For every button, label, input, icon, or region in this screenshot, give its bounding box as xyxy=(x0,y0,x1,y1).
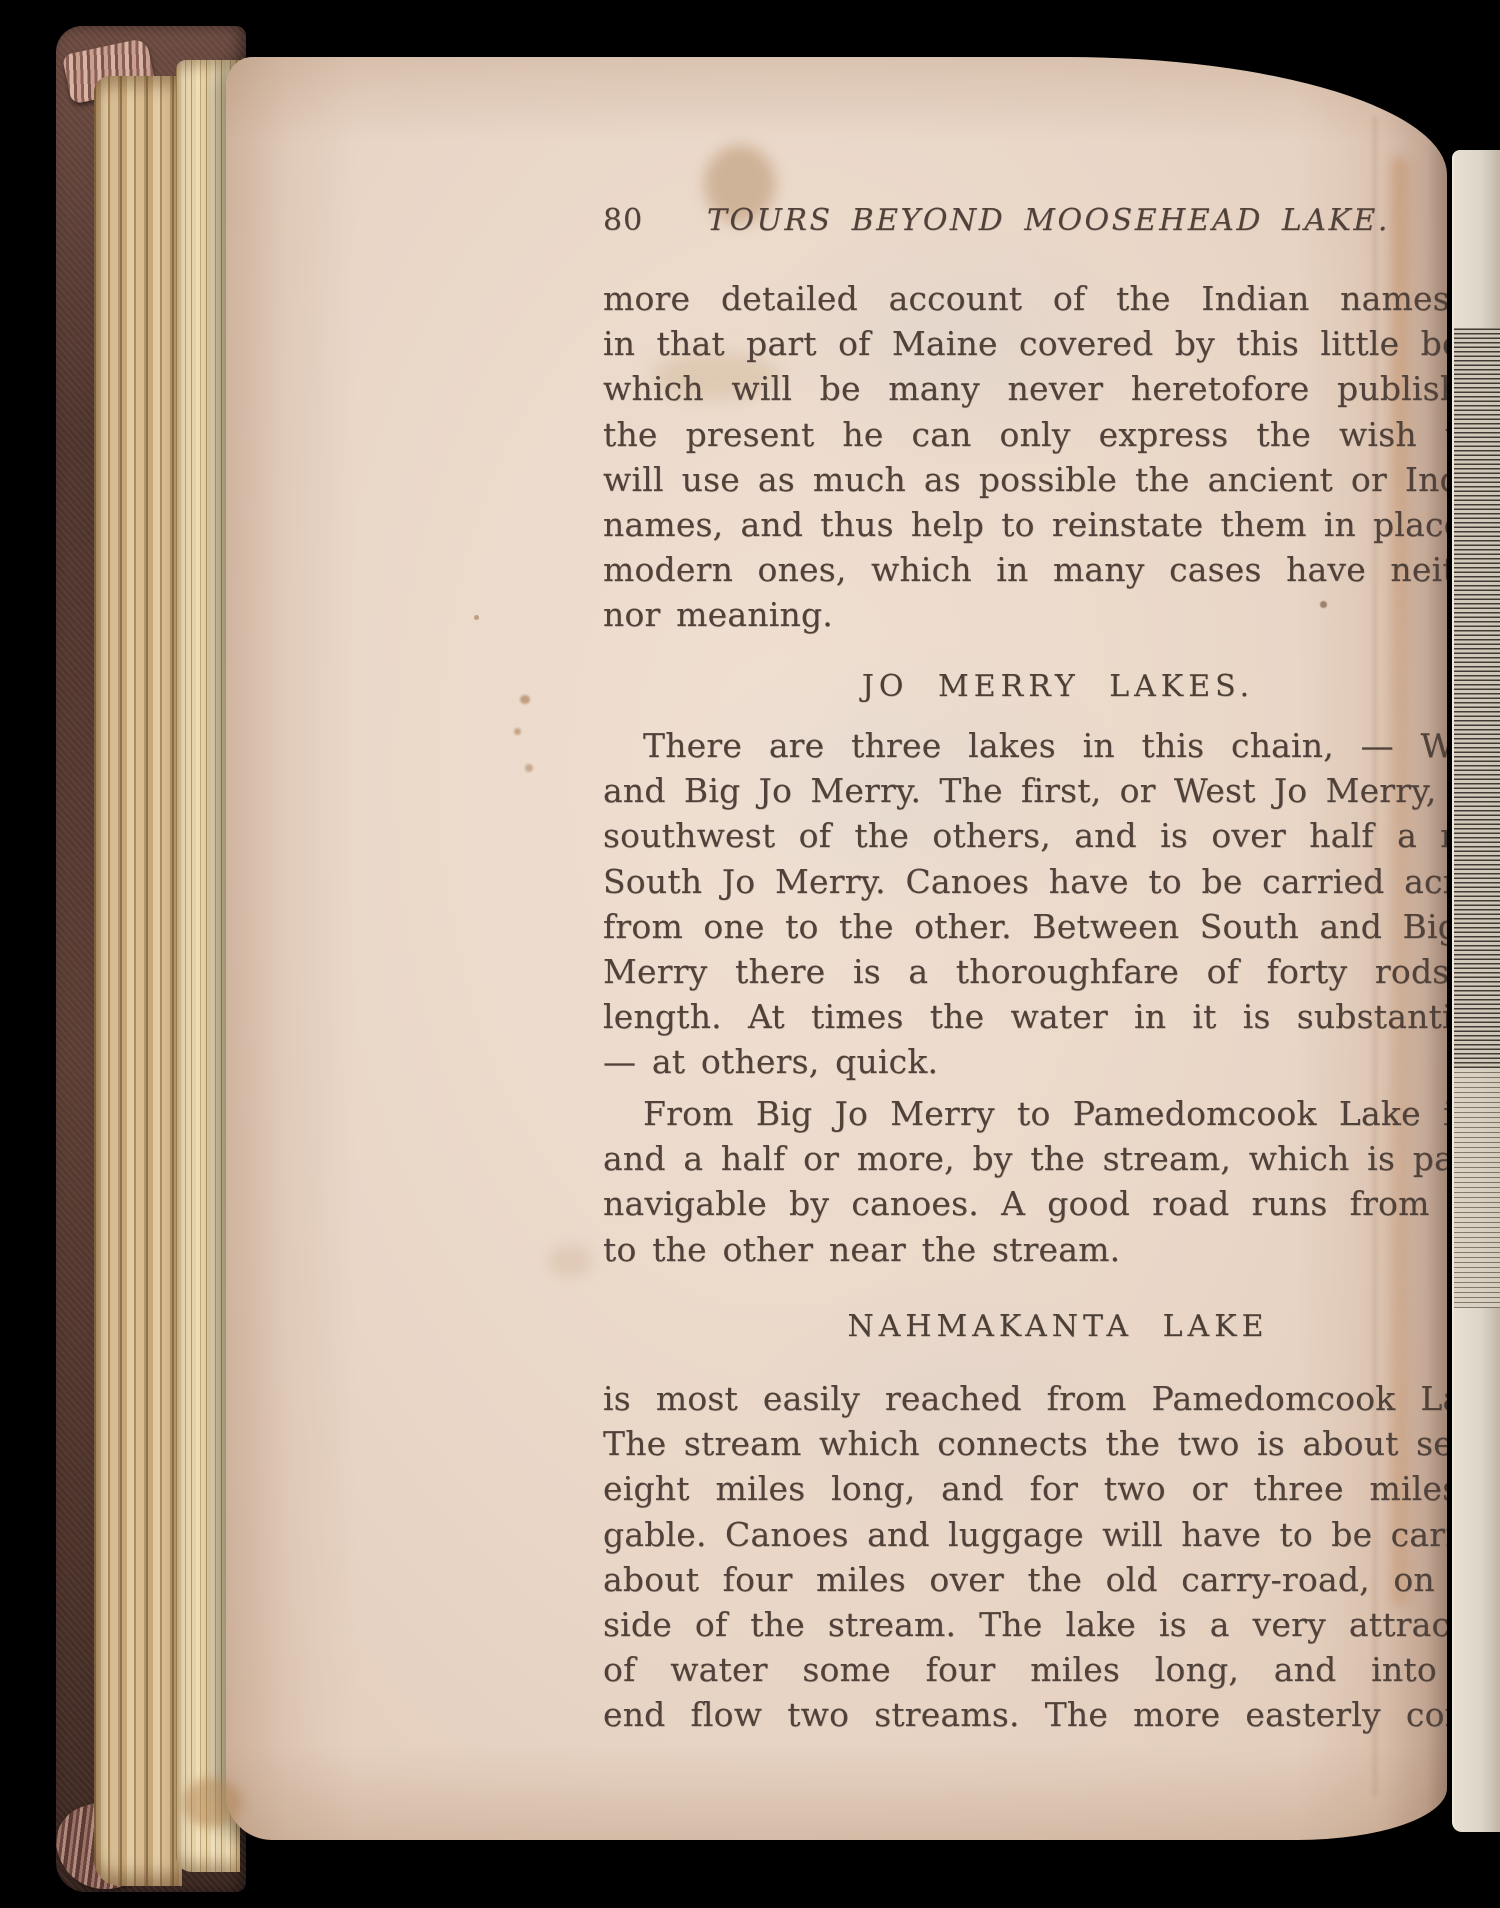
text-line: Merry there is a thoroughfare of forty r… xyxy=(603,949,1447,994)
text-line: in that part of Maine covered by this li… xyxy=(603,321,1447,366)
text-line: of water some four miles long, and into … xyxy=(603,1647,1447,1692)
section-heading: NAHMAKANTA LAKE xyxy=(603,1309,1447,1354)
text-line: will use as much as possible the ancient… xyxy=(603,457,1447,502)
text-line: side of the stream. The lake is a very a… xyxy=(603,1602,1447,1647)
engraving-hatch-light xyxy=(1454,1068,1500,1308)
text-line: which will be many never heretofore publ… xyxy=(603,366,1447,411)
paragraph: There are three lakes in this chain, — W… xyxy=(603,723,1447,1085)
engraving-hatch-dark xyxy=(1454,328,1500,1068)
text-line: South Jo Merry. Canoes have to be carrie… xyxy=(603,859,1447,904)
text-line: from one to the other. Between South and… xyxy=(603,904,1447,949)
text-line: length. At times the water in it is subs… xyxy=(603,994,1447,1039)
text-line: eight miles long, and for two or three m… xyxy=(603,1466,1447,1511)
facing-page-edge xyxy=(1452,150,1500,1832)
book-photo: 80 TOURS BEYOND MOOSEHEAD LAKE. more det… xyxy=(0,0,1500,1908)
text-line: — at others, quick. xyxy=(603,1039,1447,1084)
paragraph: From Big Jo Merry to Pamedomcook Lake is… xyxy=(603,1091,1447,1272)
foxing-stain xyxy=(182,1778,242,1828)
paragraph: is most easily reached from Pamedomcook … xyxy=(603,1376,1447,1738)
book-page: 80 TOURS BEYOND MOOSEHEAD LAKE. more det… xyxy=(226,57,1447,1840)
running-header: 80 TOURS BEYOND MOOSEHEAD LAKE. xyxy=(603,203,1447,248)
text-line: gable. Canoes and luggage will have to b… xyxy=(603,1512,1447,1557)
page-number: 80 xyxy=(603,203,643,238)
text-line: The stream which connects the two is abo… xyxy=(603,1421,1447,1466)
page-text: 80 TOURS BEYOND MOOSEHEAD LAKE. more det… xyxy=(226,57,1447,1840)
text-line: From Big Jo Merry to Pamedomcook Lake is… xyxy=(603,1091,1447,1136)
text-line: There are three lakes in this chain, — W… xyxy=(603,723,1447,768)
text-line: and Big Jo Merry. The first, or West Jo … xyxy=(603,768,1447,813)
text-line: the present he can only express the wish… xyxy=(603,412,1447,457)
text-line: names, and thus help to reinstate them i… xyxy=(603,502,1447,547)
text-line: is most easily reached from Pamedomcook … xyxy=(603,1376,1447,1421)
text-line: modern ones, which in many cases have ne… xyxy=(603,547,1447,592)
text-line: about four miles over the old carry-road… xyxy=(603,1557,1447,1602)
section-heading: JO MERRY LAKES. xyxy=(603,669,1447,714)
text-line: nor meaning. xyxy=(603,592,1447,637)
paragraph: more detailed account of the Indian name… xyxy=(603,276,1447,638)
text-line: and a half or more, by the stream, which… xyxy=(603,1136,1447,1181)
text-line: end flow two streams. The more easterly … xyxy=(603,1692,1447,1737)
text-line: navigable by canoes. A good road runs fr… xyxy=(603,1181,1447,1226)
page-edges-outer xyxy=(94,76,182,1886)
text-line: to the other near the stream. xyxy=(603,1227,1447,1272)
text-line: southwest of the others, and is over hal… xyxy=(603,813,1447,858)
text-line: more detailed account of the Indian name… xyxy=(603,276,1447,321)
running-title: TOURS BEYOND MOOSEHEAD LAKE. xyxy=(707,203,1390,238)
